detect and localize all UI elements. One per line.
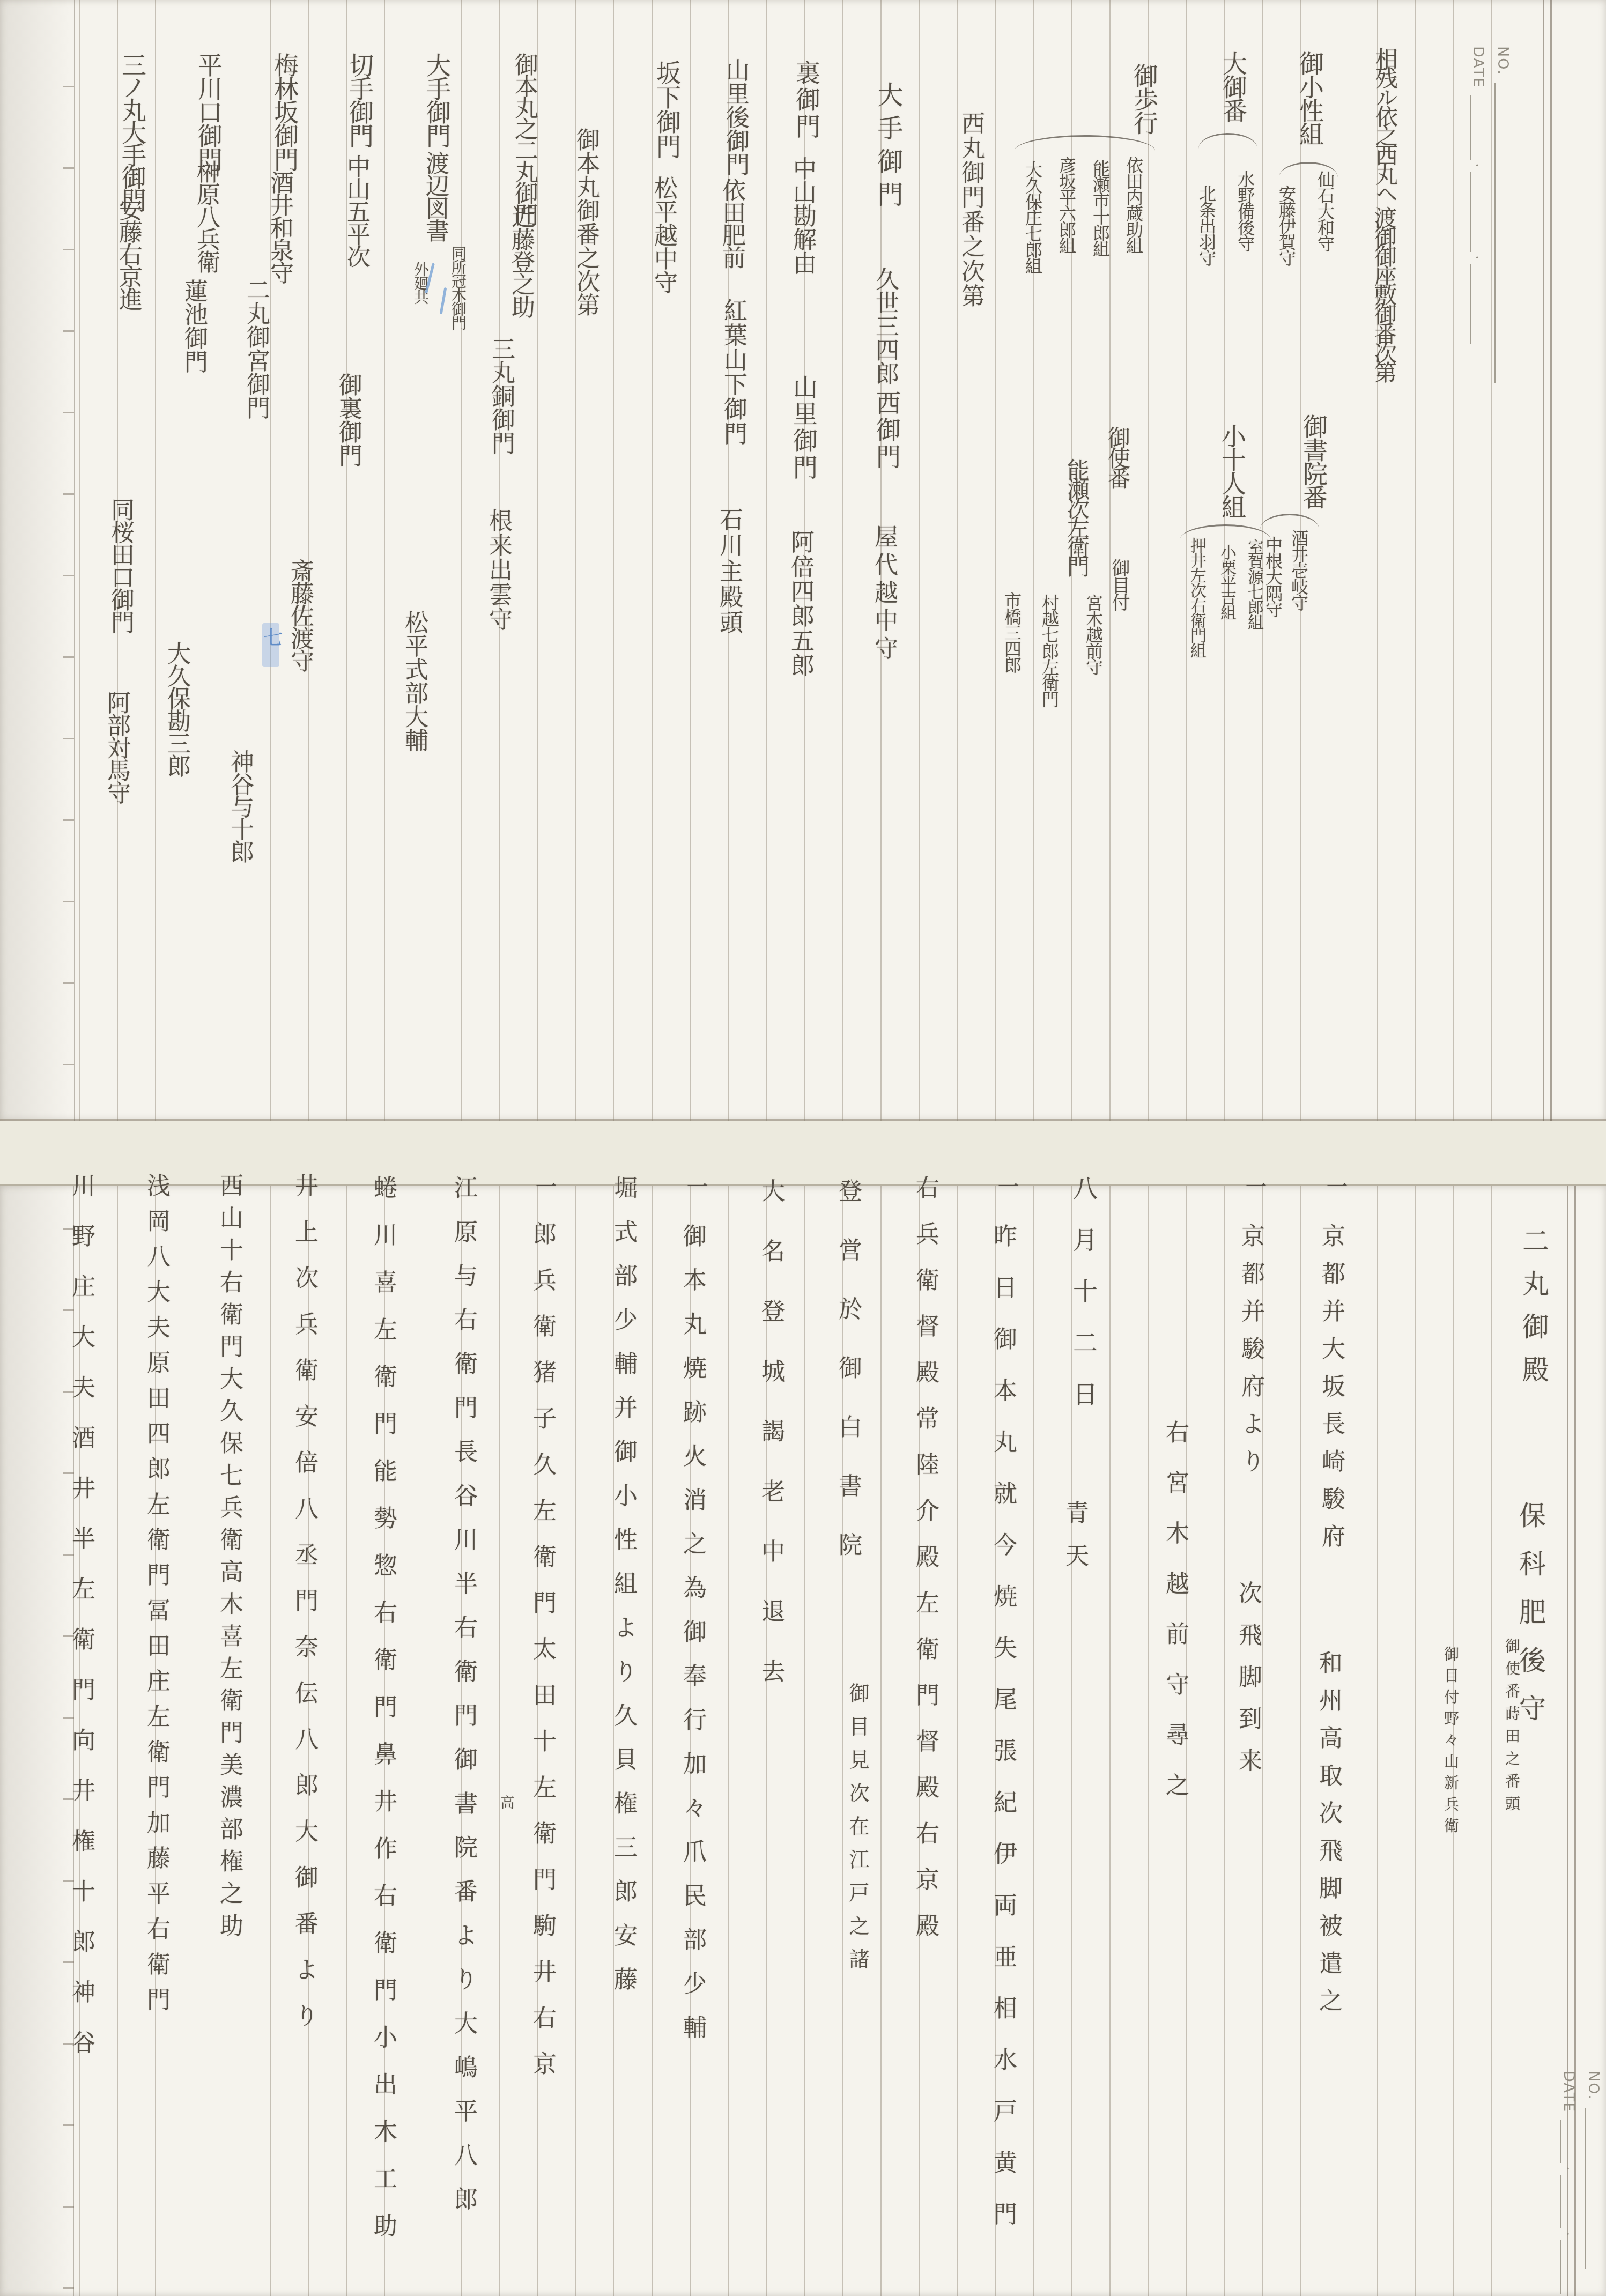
handwritten-column: 近藤登之助 — [509, 205, 532, 317]
handwritten-column: 青天 — [1063, 1500, 1086, 1586]
edge-tick — [63, 1798, 74, 1800]
handwritten-column: 石川主殿頭 — [717, 507, 741, 636]
handwritten-column: 村越七郎左衛門 — [1041, 594, 1058, 707]
edge-tick — [63, 2287, 74, 2289]
handwritten-column: 京都并大坂長崎駿府 — [1319, 1224, 1343, 1561]
handwritten-column: 一 — [996, 1175, 1017, 1197]
edge-tick — [63, 493, 74, 495]
handwritten-column: 三丸銅御門 — [489, 337, 513, 455]
handwritten-column: 大久保庄七郎組 — [1024, 161, 1041, 273]
handwritten-column: 高 — [499, 1795, 513, 1809]
handwritten-column: 西御門 — [875, 390, 899, 471]
handwritten-column: 御目付野々山新兵衛 — [1443, 1646, 1458, 1839]
handwritten-column: 裏御門 — [794, 60, 819, 140]
handwritten-column: 久世三四郎 — [873, 267, 897, 385]
handwritten-column: 安藤伊賀守 — [1278, 185, 1295, 265]
page-top-bottom-edge — [0, 1119, 1606, 1121]
handwritten-column: 京都并駿府より — [1239, 1224, 1262, 1486]
handwritten-column: 御歩行 — [1132, 63, 1157, 134]
handwritten-column: 同桜田口御門 — [108, 498, 132, 633]
date-row: DATE ・ ・ — [1560, 2071, 1585, 2294]
edge-tick — [63, 330, 74, 332]
handwritten-column: 御裏御門 — [336, 373, 360, 467]
handwritten-column: 蜷川喜左衛門能勢惣右衛門鼻井作右衛門小出木工助 — [371, 1175, 395, 2261]
handwritten-column: 仙石大和守 — [1316, 171, 1334, 251]
handwritten-column: 松平式部大輔 — [402, 610, 426, 752]
handwritten-column: 大御番 — [1221, 51, 1246, 122]
edge-tick — [63, 1309, 74, 1311]
handwritten-column: 蓮池御門 — [182, 279, 205, 373]
date-label: DATE — [1470, 46, 1486, 88]
handwritten-column: 屋代越中守 — [872, 524, 895, 664]
handwritten-column: 三ノ丸大手御門 — [120, 53, 145, 210]
handwritten-column: 御使番 — [1106, 426, 1129, 487]
handwritten-column: 外廻共 — [413, 262, 428, 303]
handwritten-column: 榊原八兵衛 — [194, 160, 218, 272]
handwritten-column: 神谷与十郎 — [228, 750, 251, 862]
handwritten-column: 御本丸焼跡火消之為御奉行加々爪民部少輔 — [680, 1224, 704, 2059]
margin-rule — [1550, 0, 1552, 1121]
edge-tick — [63, 1880, 74, 1882]
handwritten-column: 山里後御門 — [723, 58, 747, 176]
handwritten-column: 能瀬次左衛門 — [1065, 458, 1088, 574]
printed-header-top: NO. DATE ・ ・ — [1470, 46, 1519, 383]
no-line — [1494, 83, 1498, 383]
edge-tick — [63, 86, 74, 87]
handwritten-column: 同所冠木御門 — [450, 246, 465, 329]
handwritten-column: 江原与右衛門長谷川半右衛門御書院番より大嶋平八郎 — [452, 1175, 475, 2231]
handwritten-column: 右兵衛督殿常陸介殿左衛門督殿右京殿 — [913, 1175, 937, 1959]
handwritten-column: 御本丸之二丸御門 — [512, 53, 536, 224]
handwritten-column: 彦坂平六郎組 — [1058, 157, 1075, 253]
edge-tick — [63, 901, 74, 902]
edge-tick — [63, 1961, 74, 1963]
handwritten-column: 御目見次在江戸之諸 — [847, 1683, 868, 1982]
handwritten-column: 市橋三四郎 — [1003, 592, 1020, 672]
edge-tick — [63, 2043, 74, 2045]
handwritten-column: 梅林坂御門 — [272, 53, 297, 171]
handwritten-column: 阿倍四郎五郎 — [788, 530, 812, 678]
edge-tick — [63, 249, 74, 250]
handwritten-column: 保科肥後守 — [1517, 1501, 1544, 1743]
date-dot: ・ — [1560, 2228, 1576, 2240]
handwritten-column: 酒井和泉守 — [268, 171, 291, 283]
handwritten-column: 登営於御白書院 — [836, 1179, 860, 1591]
handwritten-column: 一 — [1324, 1175, 1346, 1197]
handwritten-column: 平川口御門 — [196, 53, 221, 171]
handwritten-column: 一 — [534, 1175, 555, 1197]
edge-tick — [63, 2124, 74, 2126]
handwritten-column: 山里御門 — [791, 374, 816, 482]
edge-tick — [63, 412, 74, 413]
handwritten-column: 八月十二日 — [1071, 1175, 1096, 1433]
edge-tick — [63, 1391, 74, 1393]
no-row: NO. — [1494, 46, 1519, 383]
edge-tick — [63, 1635, 74, 1637]
edge-tick — [63, 1228, 74, 1230]
printed-header-bottom: NO. DATE ・ ・ — [1560, 2071, 1606, 2294]
handwritten-column: 依田肥前 — [720, 178, 743, 268]
handwritten-column: 安藤右京進 — [116, 197, 140, 310]
handwritten-column: 御書院番 — [1301, 414, 1326, 508]
handwritten-column: 一 — [1244, 1175, 1265, 1197]
edge-tick — [63, 2206, 74, 2208]
handwritten-column: 堀式部少輔并御小性組より久貝権三郎安藤 — [611, 1175, 635, 2011]
page-left-edge — [74, 0, 75, 1121]
handwritten-column: 西丸御門番之次第 — [959, 111, 982, 308]
date-row: DATE ・ ・ — [1470, 46, 1494, 383]
handwritten-column: 根来出雲守 — [486, 508, 510, 632]
handwritten-column: 昨日御本丸就今焼失尾張紀伊両亜相水戸黄門 — [991, 1224, 1015, 2253]
no-label: NO. — [1585, 2071, 1602, 2100]
handwritten-column: 一 — [685, 1175, 706, 1197]
handwritten-column: 御本丸御番之次第 — [574, 128, 597, 316]
margin-rule — [1543, 0, 1544, 1121]
handwritten-column: 大久保勘三郎 — [165, 641, 188, 776]
handwritten-column: 押井左次右衛門組 — [1188, 537, 1204, 657]
date-dot: ・ — [1560, 2163, 1576, 2175]
handwritten-column: 小十人組 — [1220, 424, 1245, 518]
edge-tick — [63, 819, 74, 821]
handwritten-column: 郎兵衛猪子久左衛門太田十左衛門駒井右京 — [530, 1221, 554, 2098]
handwritten-column: 大手御門 — [875, 82, 901, 214]
handwritten-column: 斎藤佐渡守 — [288, 559, 312, 671]
handwritten-column: 和州高取次飛脚被遣之 — [1316, 1650, 1340, 2026]
handwritten-column: 西山十右衛門大久保七兵衛高木喜左衛門美濃部権之助 — [217, 1173, 241, 1945]
handwritten-column: 宮木越前守 — [1085, 594, 1102, 675]
handwritten-column: 右宮木越前守尋之 — [1163, 1420, 1187, 1823]
handwritten-column: 坂下御門 — [655, 60, 679, 159]
edge-tick — [63, 1064, 74, 1065]
handwritten-column: 二丸御宮御門 — [244, 278, 268, 419]
handwritten-column: 能瀬市十郎組 — [1092, 160, 1109, 256]
date-dot: ・ — [1470, 252, 1485, 264]
handwritten-column: 大手御門 — [425, 53, 449, 147]
handwritten-column: 水野備後守 — [1237, 171, 1254, 251]
edge-tick — [63, 982, 74, 984]
handwritten-column: 相残ル依之西丸ヘ — [1374, 47, 1396, 202]
handwritten-column: 北条出羽守 — [1198, 185, 1215, 265]
no-row: NO. — [1585, 2071, 1606, 2294]
handwritten-column: 渡辺図書 — [423, 151, 447, 241]
handwritten-column: 酒井壱岐守 — [1290, 530, 1307, 610]
handwritten-column: 阿部対馬守 — [105, 691, 128, 803]
handwritten-column: 中山五平次 — [344, 154, 368, 267]
handwritten-column: 井上次兵衛安倍八丞門奈伝八郎大御番より — [292, 1173, 316, 2049]
handwritten-column: 御目付 — [1110, 559, 1128, 610]
date-dot: ・ — [1470, 160, 1485, 172]
handwritten-column: 渡御御座敷御番次第 — [1373, 206, 1395, 380]
handwritten-column: 依田内蔵助組 — [1125, 157, 1142, 253]
handwritten-column: 小栗平吉組 — [1218, 544, 1234, 619]
edge-tick — [63, 575, 74, 576]
handwritten-column: 紅葉山下御門 — [721, 298, 745, 446]
handwritten-column: 中根大隅守 — [1264, 536, 1282, 617]
blue-pen-character: 七 — [262, 627, 281, 647]
no-line — [1585, 2108, 1588, 2269]
handwritten-column: 二丸御殿 — [1520, 1227, 1547, 1398]
edge-tick — [63, 738, 74, 739]
handwritten-column: 中山勘解由 — [790, 157, 814, 275]
handwritten-column: 切手御門 — [347, 53, 372, 147]
notebook-scan: NO. DATE ・ ・ NO. DATE ・ ・ 相残ル依之西丸ヘ渡御御座敷御… — [0, 0, 1606, 2296]
handwritten-column: 御小性組 — [1298, 51, 1322, 145]
handwritten-column: 室賀源七郎組 — [1246, 539, 1262, 629]
edge-tick — [63, 1717, 74, 1719]
handwritten-column: 御使番蒔田之番頭 — [1504, 1638, 1519, 1818]
edge-tick — [63, 1554, 74, 1556]
edge-tick — [63, 1472, 74, 1474]
handwritten-column: 大名登城謁老中退去 — [759, 1179, 782, 1719]
edge-tick — [63, 167, 74, 169]
date-label: DATE — [1560, 2071, 1577, 2113]
handwritten-column: 次飛脚到来 — [1236, 1581, 1260, 1790]
edge-tick — [63, 656, 74, 658]
handwritten-column: 浅岡八大夫原田四郎左衛門冨田庄左衛門加藤平右衛門 — [144, 1173, 168, 2023]
handwritten-column: 松平越中守 — [652, 176, 675, 294]
no-label: NO. — [1494, 46, 1511, 76]
